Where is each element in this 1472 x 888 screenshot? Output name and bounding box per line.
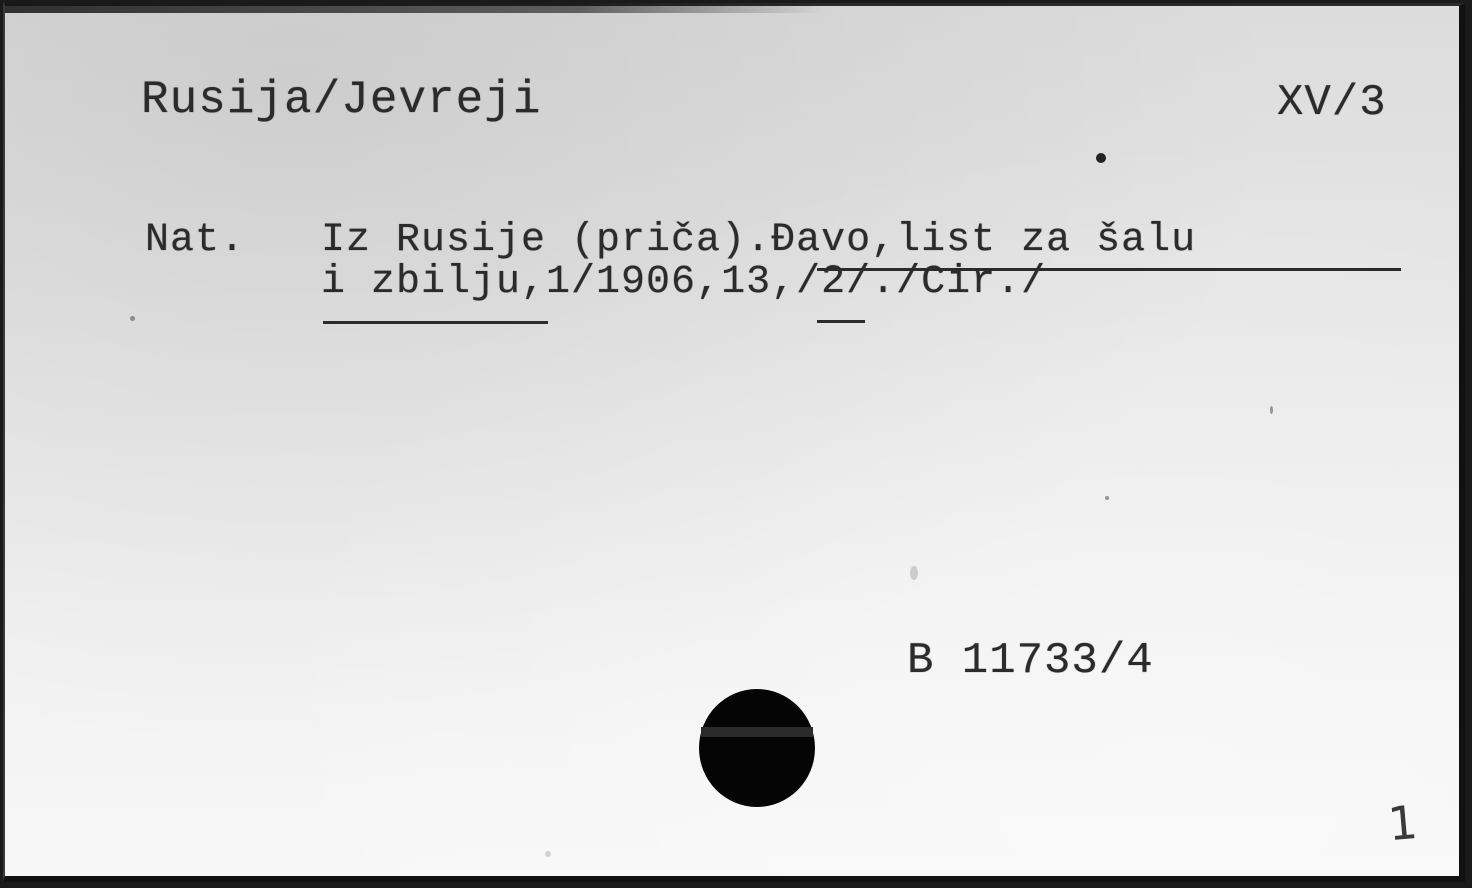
- speck: [130, 316, 135, 321]
- speck: [1270, 406, 1273, 414]
- handwritten-corner-mark: 1: [1386, 795, 1420, 851]
- subject-heading: Rusija/Jevreji: [141, 74, 541, 126]
- ink-dot: [1096, 153, 1106, 163]
- speck: [910, 566, 918, 580]
- speck: [545, 851, 551, 857]
- underline-page: [817, 320, 865, 323]
- underline-periodical-end: [323, 321, 548, 324]
- punch-hole: [699, 689, 815, 807]
- call-number: B 11733/4: [907, 636, 1154, 686]
- catalog-card: Rusija/Jevreji XV/3 Nat. Iz Rusije (prič…: [3, 3, 1465, 882]
- classification-mark: XV/3: [1277, 78, 1387, 128]
- entry-line-2: i zbilju,1/1906,13,/2/./Cir./: [321, 260, 1046, 305]
- entry-label: Nat.: [145, 218, 245, 263]
- entry-line-1: Iz Rusije (priča).Đavo,list za šalu: [321, 218, 1196, 263]
- underline-periodical-start: [817, 268, 1401, 271]
- speck: [1105, 496, 1109, 500]
